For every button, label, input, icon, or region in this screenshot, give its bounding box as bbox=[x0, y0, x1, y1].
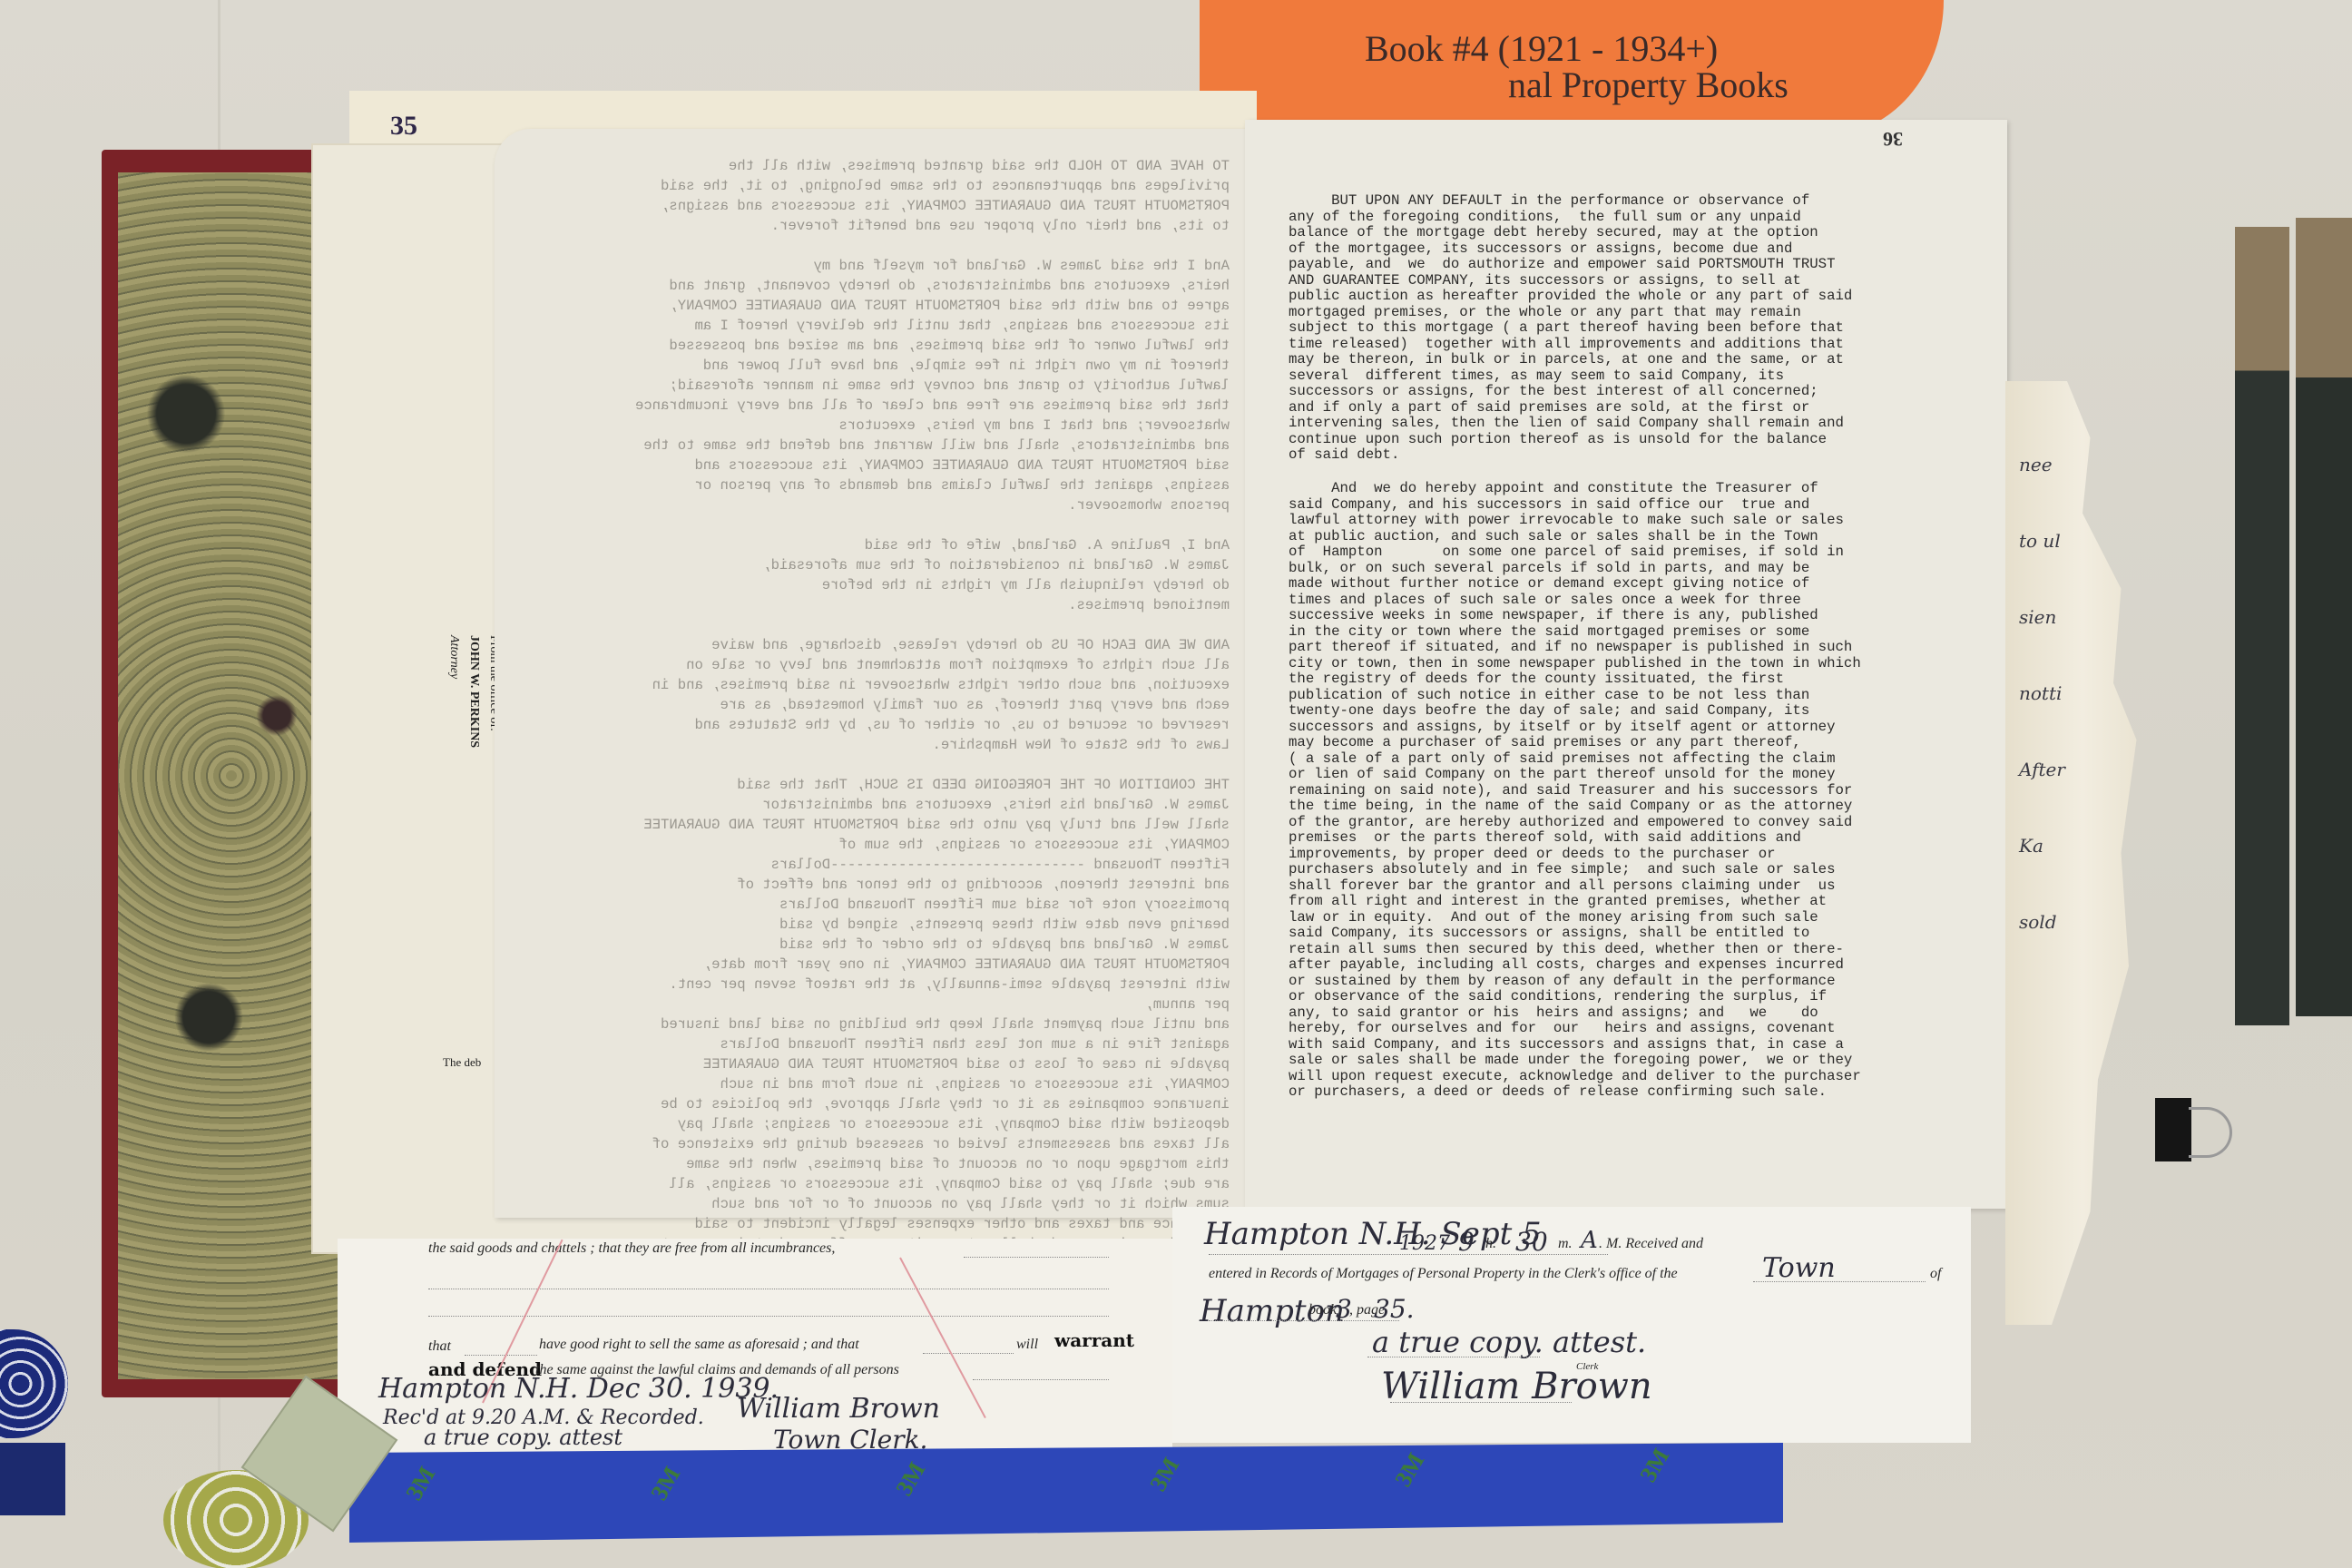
text-line: payable in case of loss to said PORTSMOU… bbox=[513, 1054, 1230, 1074]
attorney-stamp-title: Attorney bbox=[446, 635, 461, 679]
text-line: its successors and assigns, that until t… bbox=[513, 316, 1230, 336]
tape-logo: 3M bbox=[1389, 1448, 1430, 1492]
label-h: h. bbox=[1485, 1236, 1496, 1252]
text-line: TO HAVE AND TO HOLD the said granted pre… bbox=[513, 156, 1230, 176]
text-line: times and places of such sale or sales o… bbox=[1289, 593, 1861, 609]
text-line: COMPANY, its successors or assigns, the … bbox=[513, 835, 1230, 855]
form-good-right-line: have good right to sell the same as afor… bbox=[539, 1337, 859, 1353]
text-line: agree to and with the said PORTSMOUTH TR… bbox=[513, 296, 1230, 316]
carbon-mirrored-text: TO HAVE AND TO HOLD the said granted pre… bbox=[513, 156, 1230, 1374]
text-line: assigns, against the lawful claims and d… bbox=[513, 475, 1230, 495]
torn-sheet-word: nee bbox=[2019, 454, 2128, 475]
text-line: of Hampton on some one parcel of said pr… bbox=[1289, 544, 1861, 561]
text-line: hereby, for ourselves and for our heirs … bbox=[1289, 1021, 1861, 1037]
text-line: retain all sums then secured by this dee… bbox=[1289, 942, 1861, 958]
record-form-1939: the said goods and chattels ; that they … bbox=[338, 1239, 1172, 1456]
text-line: made without further notice or demand ex… bbox=[1289, 576, 1861, 593]
text-line: continue upon such portion thereof as is… bbox=[1289, 432, 1852, 448]
text-line: purchasers absolutely and in fee simple;… bbox=[1289, 862, 1861, 878]
record-form-1927: Hampton N.H. Sept 5 1927 9 h. 30 m. A . … bbox=[1172, 1207, 1971, 1443]
text-line: BUT UPON ANY DEFAULT in the performance … bbox=[1289, 193, 1852, 210]
text-line: may be thereon, in bulk or in parcels, a… bbox=[1289, 352, 1852, 368]
hand-hour: 9 bbox=[1458, 1227, 1475, 1257]
text-line: publication of such notice in either cas… bbox=[1289, 688, 1861, 704]
text-line: shall forever bar the grantor and all pe… bbox=[1289, 878, 1861, 895]
tape-logo: 3M bbox=[1144, 1453, 1185, 1496]
text-line: the time being, in the name of the said … bbox=[1289, 799, 1861, 815]
text-line: may become a purchaser of said premises … bbox=[1289, 735, 1861, 751]
text-line: bearing even date with these presents, s… bbox=[513, 915, 1230, 935]
tape-logo: 3M bbox=[1634, 1444, 1675, 1487]
text-line: all such rights of exemption from attach… bbox=[513, 655, 1230, 675]
text-line bbox=[513, 515, 1230, 535]
text-line: said PORTSMOUTH TRUST AND GUARANTEE COMP… bbox=[513, 456, 1230, 475]
text-line: persons whomsoever. bbox=[513, 495, 1230, 515]
torn-sheet-word: notti bbox=[2019, 682, 2128, 704]
text-line: from all right and interest in the grant… bbox=[1289, 894, 1861, 910]
text-line: of the grantor, are hereby authorized an… bbox=[1289, 815, 1861, 831]
text-line: and administrators, shall and will warra… bbox=[513, 436, 1230, 456]
text-line: promissory note for said sum Fifteen Tho… bbox=[513, 895, 1230, 915]
binder-clip bbox=[2155, 1098, 2191, 1161]
book-label-subtitle: nal Property Books bbox=[1508, 64, 1788, 106]
text-line: And I, Pauline A. Garland, wife of the s… bbox=[513, 535, 1230, 555]
power-of-sale-paragraph: And we do hereby appoint and constitute … bbox=[1289, 481, 1861, 1101]
text-line: whatsoever; and that I and my heirs, exe… bbox=[513, 416, 1230, 436]
text-line: And I the said James W. Garland for myse… bbox=[513, 256, 1230, 276]
text-line: law or in equity. And out of the money a… bbox=[1289, 910, 1861, 926]
label-m: m. bbox=[1558, 1236, 1573, 1252]
text-line: Laws of the State of New Hampshire. bbox=[513, 735, 1230, 755]
blue-binder-clip bbox=[0, 1443, 65, 1515]
tape-logo: 3M bbox=[645, 1462, 686, 1505]
text-line: or lien of said Company on the part ther… bbox=[1289, 767, 1861, 783]
torn-sheet-word: sien bbox=[2019, 606, 2128, 628]
text-line: shall well and truly pay unto the said P… bbox=[513, 815, 1230, 835]
text-line: at public auction, and such sale or sale… bbox=[1289, 529, 1861, 545]
text-line: AND WE AND EACH OF US do hereby release,… bbox=[513, 635, 1230, 655]
text-line: intervening sales, then the lien of said… bbox=[1289, 416, 1852, 432]
text-line: reserved or secured to us, or either of … bbox=[513, 715, 1230, 735]
text-line: or sustained by them by reason of any de… bbox=[1289, 974, 1861, 990]
form-will-label: will bbox=[1016, 1337, 1038, 1353]
page-number-left: 35 bbox=[390, 111, 417, 142]
text-line: per annum, bbox=[513, 995, 1230, 1014]
text-line: And we do hereby appoint and constitute … bbox=[1289, 481, 1861, 497]
text-line: of the mortgagee, its successors or assi… bbox=[1289, 241, 1852, 258]
text-line: execution, and such other rights whatsoe… bbox=[513, 675, 1230, 695]
text-line: THE CONDITION OF THE FOREGOING DEED IS S… bbox=[513, 775, 1230, 795]
text-line: privileges and appurtenances to the same… bbox=[513, 176, 1230, 196]
text-line: or purchasers, a deed or deeds of releas… bbox=[1289, 1084, 1861, 1101]
text-line: insurance and taxes and other expenses l… bbox=[513, 1214, 1230, 1234]
text-line: PORTSMOUTH TRUST AND GUARANTEE COMPANY, … bbox=[513, 196, 1230, 216]
text-line bbox=[513, 755, 1230, 775]
text-line: bulk, or on such several parcels if sold… bbox=[1289, 561, 1861, 577]
text-line: ( a sale of a part only of said premises… bbox=[1289, 751, 1861, 768]
text-line: or observance of the said conditions, re… bbox=[1289, 989, 1861, 1005]
text-line: against fire in a sum not less than Fift… bbox=[513, 1034, 1230, 1054]
hand-am: A bbox=[1581, 1227, 1598, 1254]
text-line: successors and assigns, by itself or by … bbox=[1289, 720, 1861, 736]
text-line: thereof in my own right in fee simple, a… bbox=[513, 356, 1230, 376]
text-line: twenty-one days beofre the day of sale; … bbox=[1289, 703, 1861, 720]
page-number-right: 36 bbox=[1883, 127, 1903, 151]
tape-logo: 3M bbox=[400, 1462, 441, 1505]
text-line: premises or the parts thereof sold, with… bbox=[1289, 830, 1861, 847]
text-line: remaining on said note), and said Treasu… bbox=[1289, 783, 1861, 799]
text-line: several different times, as may seem to … bbox=[1289, 368, 1852, 385]
text-line: the registry of deeds for the county iss… bbox=[1289, 671, 1861, 688]
text-line: AND GUARANTEE COMPANY, its successors or… bbox=[1289, 273, 1852, 289]
default-clause-paragraph: BUT UPON ANY DEFAULT in the performance … bbox=[1289, 193, 1852, 464]
hand-clerk-signature: William Brown bbox=[737, 1393, 940, 1425]
text-line: mortgaged premises, or the whole or any … bbox=[1289, 305, 1852, 321]
torn-sheets-handwriting: neeto ulsiennottiAfterKasold bbox=[2019, 399, 2128, 933]
text-line: lawful authority to grant and convey the… bbox=[513, 376, 1230, 396]
text-line: and interest thereon, according to the t… bbox=[513, 875, 1230, 895]
hand-minutes: 30 bbox=[1515, 1227, 1548, 1257]
text-line: with said Company, and its successors an… bbox=[1289, 1037, 1861, 1053]
text-line: successors or assigns, for the best inte… bbox=[1289, 384, 1852, 400]
text-line: and until such payment shall keep the bu… bbox=[513, 1014, 1230, 1034]
text-line: James W. Garland his heirs, executors an… bbox=[513, 795, 1230, 815]
text-line: subject to this mortgage ( a part thereo… bbox=[1289, 320, 1852, 337]
text-line: the lawful owner of the said premises, a… bbox=[513, 336, 1230, 356]
text-line: of said debt. bbox=[1289, 447, 1852, 464]
torn-sheet-word: After bbox=[2019, 759, 2128, 780]
form-line-incumbrances: the said goods and chattels ; that they … bbox=[428, 1240, 835, 1257]
hand-place-date-1939: Hampton N.H. Dec 30. 1939. bbox=[378, 1373, 779, 1405]
label-book: book bbox=[1308, 1302, 1337, 1318]
text-line: public auction as hereafter provided the… bbox=[1289, 289, 1852, 305]
file-folder bbox=[2296, 218, 2352, 1016]
text-line: said Company, and his successors in said… bbox=[1289, 497, 1861, 514]
text-line: part thereof if situated, and if no news… bbox=[1289, 640, 1861, 656]
tape-logo: 3M bbox=[890, 1457, 931, 1501]
hand-town-type: Town bbox=[1762, 1252, 1836, 1284]
partial-text-deb: The deb bbox=[443, 1055, 481, 1070]
text-line: improvements, by proper deed or deeds to… bbox=[1289, 847, 1861, 863]
label-clerk: Clerk bbox=[1576, 1361, 1598, 1372]
text-line: deposited with said Company, its success… bbox=[513, 1114, 1230, 1134]
text-line: with interest payable semi-annually, at … bbox=[513, 975, 1230, 995]
text-line: that the said premises are free and clea… bbox=[513, 396, 1230, 416]
marbled-endpaper bbox=[118, 172, 345, 1379]
text-line: James W. Garland in consideration of the… bbox=[513, 555, 1230, 575]
text-line: lawful attorney with power irrevocable t… bbox=[1289, 513, 1861, 529]
text-line: successive weeks in some newspaper, if t… bbox=[1289, 608, 1861, 624]
text-line: and if only a part of said premises are … bbox=[1289, 400, 1852, 416]
text-line: any, to said grantor or his heirs and as… bbox=[1289, 1005, 1861, 1022]
label-of: of bbox=[1930, 1266, 1941, 1282]
text-line: in the city or town where the said mortg… bbox=[1289, 624, 1861, 641]
text-line: COMPANY, its successors or assigns, in s… bbox=[513, 1074, 1230, 1094]
text-line: after payable, including all costs, char… bbox=[1289, 957, 1861, 974]
hand-year: 1927 bbox=[1399, 1232, 1450, 1255]
text-line: do hereby relinquish all my rights in th… bbox=[513, 575, 1230, 595]
torn-sheet-word: sold bbox=[2019, 911, 2128, 933]
text-line: each and every part thereof, as our fami… bbox=[513, 695, 1230, 715]
text-line: are due; shall pay to said Company, its … bbox=[513, 1174, 1230, 1194]
torn-sheet-word: to ul bbox=[2019, 530, 2128, 552]
text-line: payable, and we do authorize and empower… bbox=[1289, 257, 1852, 273]
form-that-label: that bbox=[428, 1338, 451, 1355]
text-line: time released) together with all improve… bbox=[1289, 337, 1852, 353]
text-line: said Company, its successors or assigns,… bbox=[1289, 926, 1861, 942]
carbon-copy-page: TO HAVE AND TO HOLD the said granted pre… bbox=[495, 129, 1257, 1218]
text-line: to its, and their only proper use and be… bbox=[513, 216, 1230, 236]
text-line: heirs, executors and administrators, do … bbox=[513, 276, 1230, 296]
text-line bbox=[513, 615, 1230, 635]
text-line: all taxes and assessments levied or asse… bbox=[513, 1134, 1230, 1154]
text-line: city or town, then in some newspaper pub… bbox=[1289, 656, 1861, 672]
text-line: insurance companies as it or they shall … bbox=[513, 1094, 1230, 1114]
book-label-tab: Book #4 (1921 - 1934+) nal Property Book… bbox=[1200, 0, 1944, 136]
text-line: PORTSMOUTH TRUST AND GUARANTEE COMPANY, … bbox=[513, 955, 1230, 975]
text-line: Fifteen Thousand -----------------------… bbox=[513, 855, 1230, 875]
text-line: this mortgage upon or on account of said… bbox=[513, 1154, 1230, 1174]
hand-true-copy-attest: a true copy. attest bbox=[424, 1425, 622, 1450]
label-received: . M. Received and bbox=[1599, 1236, 1703, 1252]
hand-true-copy-attest-1927: a true copy. attest. bbox=[1372, 1325, 1646, 1359]
text-line: James W. Garland and payable to the orde… bbox=[513, 935, 1230, 955]
text-line: sums which it or they shall pay on accou… bbox=[513, 1194, 1230, 1214]
attorney-stamp-name: JOHN W. PERKINS bbox=[466, 635, 481, 748]
text-line: mentioned premises. bbox=[513, 595, 1230, 615]
text-line: will upon request execute, acknowledge a… bbox=[1289, 1069, 1861, 1085]
form-warrant-label: warrant bbox=[1054, 1329, 1134, 1351]
text-line: balance of the mortgage debt hereby secu… bbox=[1289, 225, 1852, 241]
torn-sheet-word: Ka bbox=[2019, 835, 2128, 857]
text-line: sale or sales shall be made under the fo… bbox=[1289, 1053, 1861, 1069]
text-line bbox=[513, 236, 1230, 256]
text-line: any of the foregoing conditions, the ful… bbox=[1289, 210, 1852, 226]
label-entered-records: entered in Records of Mortgages of Perso… bbox=[1209, 1266, 1678, 1282]
file-folder bbox=[2235, 227, 2289, 1025]
